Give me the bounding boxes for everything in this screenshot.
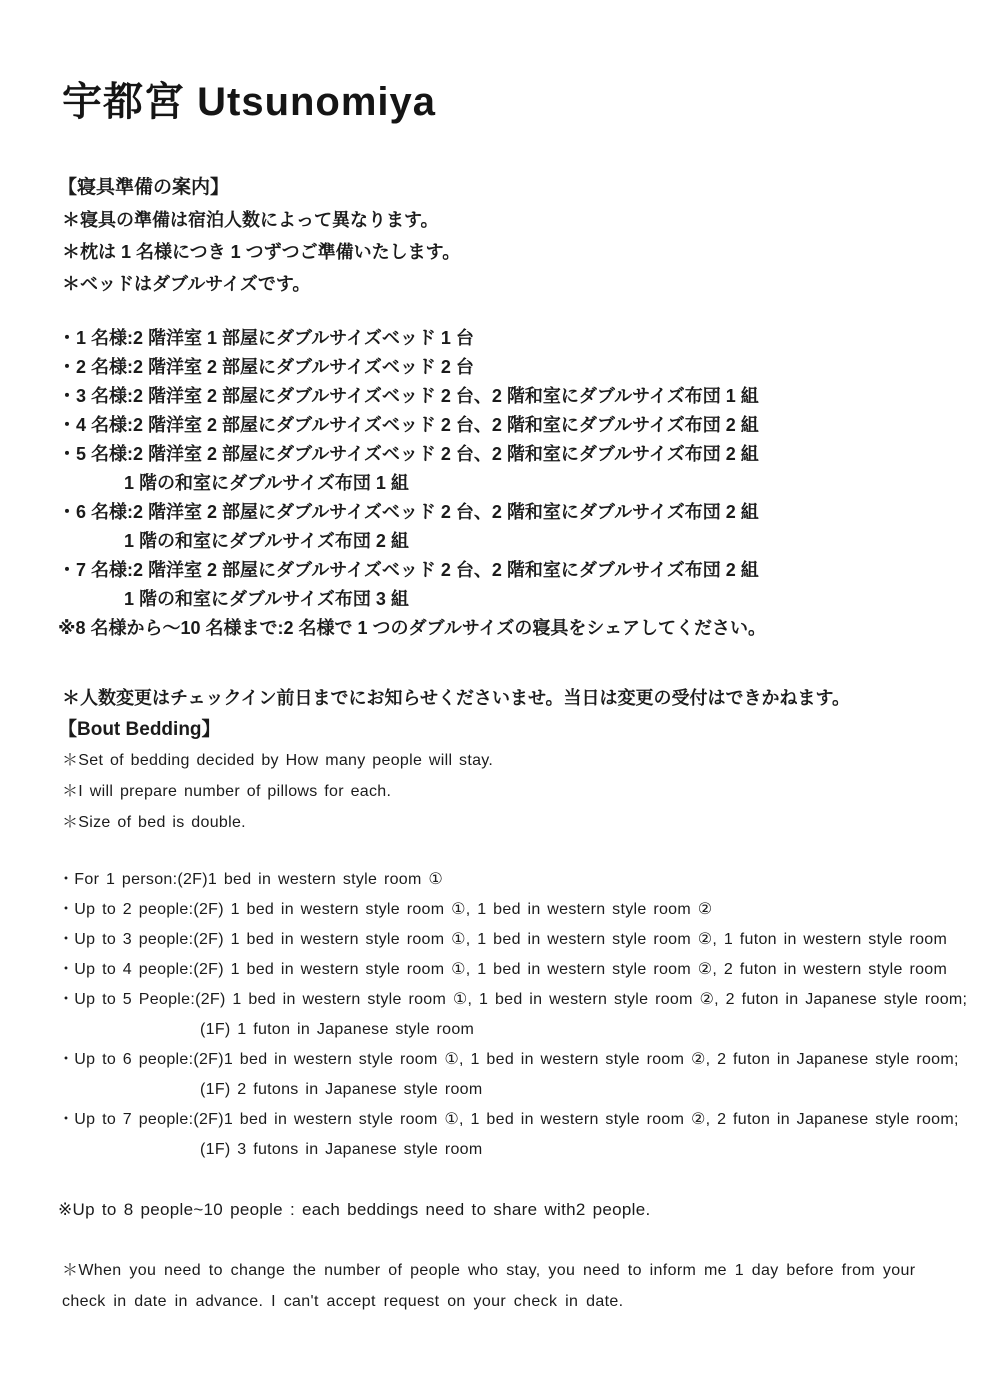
- ja-bedding-item-6-guests: ・6 名様:2 階洋室 2 部屋にダブルサイズベッド 2 台、2 階和室にダブル…: [58, 498, 932, 527]
- en-section-header: 【Bout Bedding】: [58, 714, 932, 745]
- page-title: 宇都宮 Utsunomiya: [62, 78, 932, 126]
- ja-bedding-item-1-guest: ・1 名様:2 階洋室 1 部屋にダブルサイズベッド 1 台: [58, 324, 932, 353]
- ja-note: ＊寝具の準備は宿泊人数によって異なります。: [62, 204, 932, 236]
- ja-bedding-item-5-guests: ・5 名様:2 階洋室 2 部屋にダブルサイズベッド 2 台、2 階和室にダブル…: [58, 440, 932, 469]
- en-bedding-item-5-people-continuation: (1F) 1 futon in Japanese style room: [200, 1015, 932, 1045]
- ja-bedding-item-7-guests-continuation: 1 階の和室にダブルサイズ布団 3 組: [124, 585, 932, 614]
- en-note: ＊I will prepare number of pillows for ea…: [62, 776, 932, 807]
- ja-share-note: ※8 名様から～10 名様まで:2 名様で 1 つのダブルサイズの寝具をシェアし…: [58, 614, 932, 643]
- english-bedding-section: 【Bout Bedding】 ＊Set of bedding decided b…: [58, 714, 932, 1317]
- japanese-bedding-section: 【寝具準備の案内】 ＊寝具の準備は宿泊人数によって異なります。 ＊枕は 1 名様…: [58, 172, 932, 714]
- ja-change-policy-note: ＊人数変更はチェックイン前日までにお知らせくださいませ。当日は変更の受付はできか…: [62, 682, 932, 714]
- en-bedding-item-1-person: ・For 1 person:(2F)1 bed in western style…: [58, 865, 932, 895]
- ja-bedding-item-6-guests-continuation: 1 階の和室にダブルサイズ布団 2 組: [124, 527, 932, 556]
- ja-note: ＊枕は 1 名様につき 1 つずつご準備いたします。: [62, 236, 932, 268]
- en-bedding-item-3-people: ・Up to 3 people:(2F) 1 bed in western st…: [58, 925, 932, 955]
- document-page: 宇都宮 Utsunomiya 【寝具準備の案内】 ＊寝具の準備は宿泊人数によって…: [0, 0, 990, 1400]
- ja-note: ＊ベッドはダブルサイズです。: [62, 268, 932, 300]
- en-bedding-item-6-people: ・Up to 6 people:(2F)1 bed in western sty…: [58, 1045, 932, 1075]
- en-bedding-item-4-people: ・Up to 4 people:(2F) 1 bed in western st…: [58, 955, 932, 985]
- ja-section-header: 【寝具準備の案内】: [58, 172, 932, 204]
- en-note: ＊Size of bed is double.: [62, 807, 932, 838]
- en-bedding-item-7-people-continuation: (1F) 3 futons in Japanese style room: [200, 1135, 932, 1165]
- ja-bedding-item-3-guests: ・3 名様:2 階洋室 2 部屋にダブルサイズベッド 2 台、2 階和室にダブル…: [58, 382, 932, 411]
- en-note: ＊Set of bedding decided by How many peop…: [62, 745, 932, 776]
- ja-bedding-list: ・1 名様:2 階洋室 1 部屋にダブルサイズベッド 1 台 ・2 名様:2 階…: [58, 324, 932, 643]
- en-bedding-item-2-people: ・Up to 2 people:(2F) 1 bed in western st…: [58, 895, 932, 925]
- en-bedding-item-7-people: ・Up to 7 people:(2F)1 bed in western sty…: [58, 1105, 932, 1135]
- en-bedding-item-5-people: ・Up to 5 People:(2F) 1 bed in western st…: [58, 985, 932, 1015]
- ja-bedding-item-7-guests: ・7 名様:2 階洋室 2 部屋にダブルサイズベッド 2 台、2 階和室にダブル…: [58, 556, 932, 585]
- en-change-policy-note: ＊When you need to change the number of p…: [62, 1255, 932, 1317]
- en-bedding-list: ・For 1 person:(2F)1 bed in western style…: [58, 865, 932, 1165]
- ja-bedding-item-4-guests: ・4 名様:2 階洋室 2 部屋にダブルサイズベッド 2 台、2 階和室にダブル…: [58, 411, 932, 440]
- en-share-note: ※Up to 8 people~10 people : each bedding…: [58, 1194, 932, 1225]
- ja-bedding-item-5-guests-continuation: 1 階の和室にダブルサイズ布団 1 組: [124, 469, 932, 498]
- ja-bedding-item-2-guests: ・2 名様:2 階洋室 2 部屋にダブルサイズベッド 2 台: [58, 353, 932, 382]
- en-bedding-item-6-people-continuation: (1F) 2 futons in Japanese style room: [200, 1075, 932, 1105]
